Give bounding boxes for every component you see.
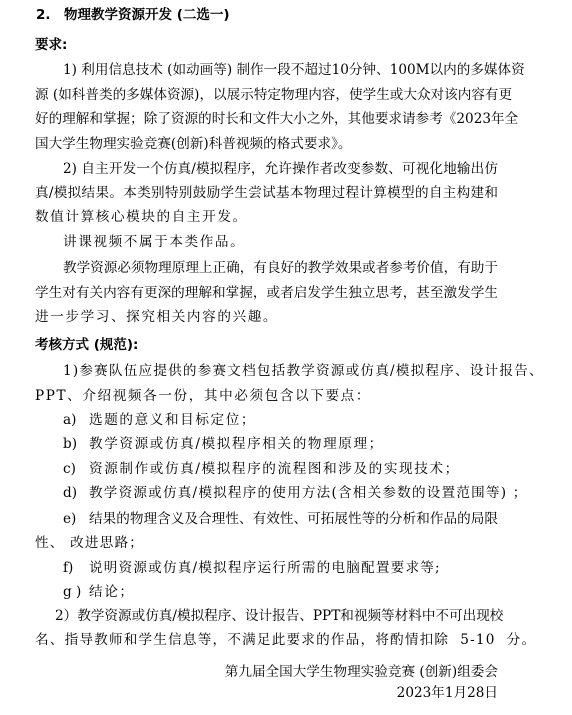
assessment-item-f: f) 说明资源或仿真/模拟程序运行所需的电脑配置要求等; xyxy=(0,559,572,577)
item-text: 资源制作或仿真/模拟程序的流程图和涉及的实现技术； xyxy=(89,460,460,478)
item-label: b) xyxy=(63,435,77,453)
assessment-item-d: d) 教学资源或仿真/模拟程序的使用方法(含相关参数的设置范围等) ； xyxy=(0,484,572,502)
item-text: 选题的意义和目标定位； xyxy=(89,411,256,429)
signature-organization: 第九届全国大学生物理实验竞赛 (创新)组委会 xyxy=(225,663,498,681)
requirements-p1-line-4: 国大学生物理实验竞赛(创新)科普视频的格式要求》。 xyxy=(35,135,351,153)
requirements-p2-line-1: 2) 自主开发一个仿真/模拟程序，允许操作者改变参数、可视化地输出仿 xyxy=(63,160,498,178)
requirements-p1-line-2: 源 (如科普类的多媒体资源)，以展示特定物理内容，使学生或大众对该内容有更 xyxy=(35,86,498,104)
requirements-p3-line-2: 学生对有关内容有更深的理解和掌握，或者启发学生独立思考，甚至激发学生 xyxy=(35,284,498,302)
requirements-p2-line-3: 数值计算核心模块的自主开发。 xyxy=(35,208,248,226)
assessment-p1-line-2: PPT、介绍视频各一份，其中必须包含以下要点： xyxy=(35,387,371,405)
assessment-p2-line-2: 名、指导教师和学生信息等，不满足此要求的作品，将酌情扣除 5-10 分。 xyxy=(35,631,536,649)
requirements-p3-line-3: 进一步学习、探究相关内容的兴趣。 xyxy=(35,308,278,326)
item-label: d) xyxy=(63,484,77,502)
requirements-note: 讲课视频不属于本类作品。 xyxy=(63,233,245,251)
assessment-item-e: e) 结果的物理含义及合理性、有效性、可拓展性等的分析和作品的局限 xyxy=(0,510,572,528)
item-text: 说明资源或仿真/模拟程序运行所需的电脑配置要求等; xyxy=(89,559,441,577)
item-label: f) xyxy=(63,559,73,577)
item-label: g ) xyxy=(63,583,81,601)
requirements-p1-line-3: 好的理解和掌握；除了资源的时长和文件大小之外，其他要求请参考《2023年全 xyxy=(35,110,498,128)
section-number: 2. xyxy=(36,6,51,24)
item-text: 结果的物理含义及合理性、有效性、可拓展性等的分析和作品的局限 xyxy=(89,510,498,528)
signature-date: 2023年1月28日 xyxy=(397,684,498,702)
requirements-p1-line-1: 1) 利用信息技术 (如动画等) 制作一段不超过10分钟、100M以内的多媒体资 xyxy=(63,61,498,79)
assessment-item-a: a) 选题的意义和目标定位； xyxy=(0,411,572,429)
item-label: a) xyxy=(63,411,76,429)
item-text: 教学资源或仿真/模拟程序相关的物理原理； xyxy=(89,435,384,453)
assessment-p1-line-1: 1)参赛队伍应提供的参赛文档包括教学资源或仿真/模拟程序、设计报告、 xyxy=(63,362,544,380)
item-label: c) xyxy=(63,460,76,478)
section-heading: 2. 物理教学资源开发 (二选一) xyxy=(0,6,572,24)
assessment-item-b: b) 教学资源或仿真/模拟程序相关的物理原理； xyxy=(0,435,572,453)
item-text: 结论； xyxy=(89,583,135,601)
document-page: 2. 物理教学资源开发 (二选一) 要求: 1) 利用信息技术 (如动画等) 制… xyxy=(0,0,572,715)
assessment-p2-line-1: 2）教学资源或仿真/模拟程序、设计报告、PPT和视频等材料中不可出现校 xyxy=(55,607,498,625)
assessment-item-c: c) 资源制作或仿真/模拟程序的流程图和涉及的实现技术； xyxy=(0,460,572,478)
assessment-item-e-continuation: 性、 改进思路； xyxy=(35,534,144,552)
assessment-heading: 考核方式 (规范): xyxy=(35,336,138,354)
item-text: 教学资源或仿真/模拟程序的使用方法(含相关参数的设置范围等) ； xyxy=(89,484,528,502)
requirements-heading: 要求: xyxy=(35,36,67,54)
assessment-item-g: g ) 结论； xyxy=(0,583,572,601)
section-title: 物理教学资源开发 (二选一) xyxy=(64,6,230,24)
item-label: e) xyxy=(63,510,76,528)
requirements-p3-line-1: 教学资源必须物理原理上正确，有良好的教学效果或者参考价值，有助于 xyxy=(63,259,498,277)
requirements-p2-line-2: 真/模拟结果。本类别特别鼓励学生尝试基本物理过程计算模型的自主构建和 xyxy=(35,184,498,202)
